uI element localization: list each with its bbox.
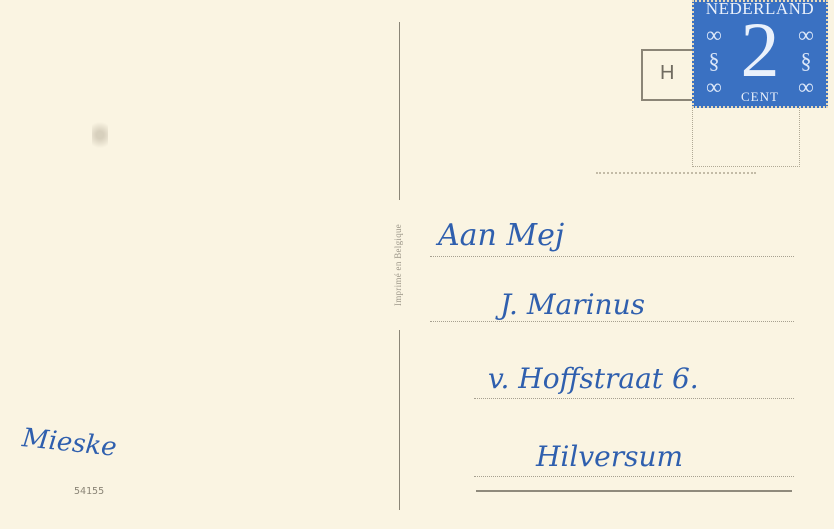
address-line-2: J. Marinus <box>500 288 645 321</box>
center-divider-top <box>399 22 400 200</box>
postage-stamp: NEDERLAND ∞§∞ 2 ∞§∞ CENT <box>692 0 828 108</box>
stain-mark <box>92 118 108 152</box>
address-rule-4 <box>474 476 794 477</box>
address-line-3: v. Hoffstraat 6. <box>488 362 699 395</box>
signature: Mieske <box>21 423 118 463</box>
address-line-1: Aan Mej <box>438 218 564 253</box>
stamp-unit: CENT <box>694 89 826 105</box>
address-rule-final <box>476 490 792 492</box>
cancellation-line <box>596 172 756 174</box>
address-rule-3 <box>474 398 794 399</box>
postmark-letter: H <box>660 62 674 85</box>
address-rule-2 <box>430 321 794 322</box>
card-number: 54155 <box>74 486 104 497</box>
center-divider-bottom <box>399 330 400 510</box>
address-line-4: Hilversum <box>536 440 683 473</box>
stamp-placement-box <box>692 108 800 167</box>
postcard-back: Imprimé en Belgique H NEDERLAND ∞§∞ 2 ∞§… <box>0 0 834 529</box>
address-rule-1 <box>430 256 794 257</box>
printer-imprint: Imprimé en Belgique <box>393 224 403 306</box>
